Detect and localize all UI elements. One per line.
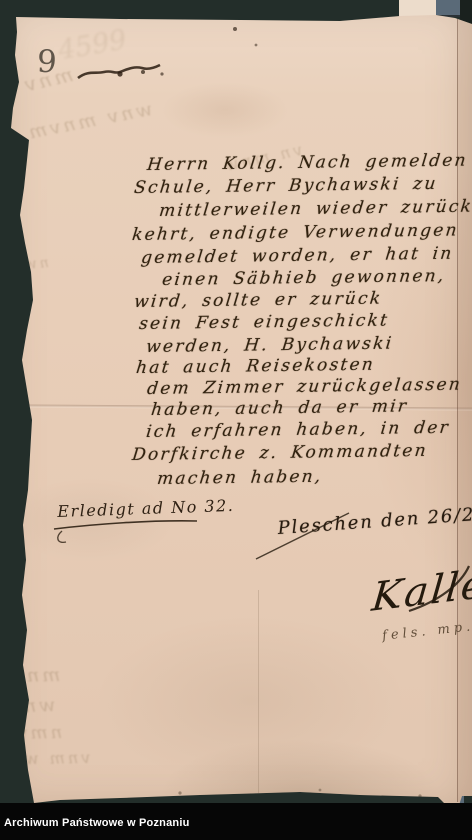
ink-dot xyxy=(233,27,237,31)
handwriting-line: Herrn Kollg. Nach gemelden xyxy=(146,153,468,174)
handwriting-line: Schule, Herr Bychawski zu xyxy=(133,176,438,197)
bleedthrough-number: 4599 xyxy=(56,24,129,66)
handwriting-line: sein Fest eingeschickt xyxy=(138,313,390,333)
paper-speck xyxy=(319,789,322,792)
handwriting-line: einen Säbhieb gewonnen, xyxy=(161,268,446,289)
handwriting-line: Dorfkirche z. Kommandten xyxy=(131,443,429,464)
disposal-note: Erledigt ad No 32. xyxy=(57,496,235,521)
vertical-fold-edge xyxy=(457,16,472,802)
blue-tab-top-icon xyxy=(436,0,463,17)
handwriting-line: hat auch Reisekosten xyxy=(135,357,376,377)
bleedthrough-line: nmv wn mnvw nvm xyxy=(0,722,62,747)
paper-speck xyxy=(178,791,181,794)
ink-smudge xyxy=(78,65,160,78)
ink-blot xyxy=(141,70,145,74)
document-page: 4599 mnv wnvm nmvwnv mnvm wvnnw vnmvn mn… xyxy=(0,0,472,812)
handwriting-line: haben, auch da er mir xyxy=(150,398,409,419)
paper-fragment-top xyxy=(399,0,437,17)
handwriting-line: mittlerweilen wieder zurück xyxy=(158,199,472,220)
vertical-crease xyxy=(258,590,259,800)
archive-name-label: Archiwum Państwowe w Poznaniu xyxy=(4,817,190,829)
handwriting-line: dem Zimmer zurückgelassen xyxy=(146,377,463,398)
ink-blot xyxy=(117,71,122,76)
ink-dot xyxy=(160,72,163,75)
handwriting-line: kehrt, endigte Verwendungen xyxy=(131,222,460,244)
handwriting-line: werden, H. Bychawski xyxy=(145,336,394,356)
bleedthrough-line: wnv mnvm wvn xyxy=(0,98,154,155)
archive-caption-bar: Archiwum Państwowe w Poznaniu xyxy=(0,803,472,840)
place-date-line: Pleschen den 26/2 58. xyxy=(277,501,472,539)
bleedthrough-line: mnvw nm vnwm nvm wn xyxy=(0,664,60,691)
handwriting-line: gemeldet worden, er hat in xyxy=(140,246,454,267)
paper-speck xyxy=(418,794,421,797)
note-flourish xyxy=(58,531,66,542)
handwriting-line: machen haben, xyxy=(156,469,323,488)
bleedthrough-line: wnv mnvm nv wnmv n xyxy=(0,694,56,725)
archive-scan-viewport: 4599 mnv wnvm nmvwnv mnvm wvnnw vnmvn mn… xyxy=(0,0,472,840)
bleedthrough-line: vnm wnv mn xyxy=(0,748,90,769)
note-underline xyxy=(54,521,197,529)
ink-dot xyxy=(255,44,258,47)
handwriting-line: ich erfahren haben, in der xyxy=(145,420,451,441)
handwriting-line: wird, sollte er zurück xyxy=(133,291,383,311)
bleedthrough-line: nw vnm xyxy=(0,255,49,277)
pencil-page-number: 9 xyxy=(36,44,58,81)
